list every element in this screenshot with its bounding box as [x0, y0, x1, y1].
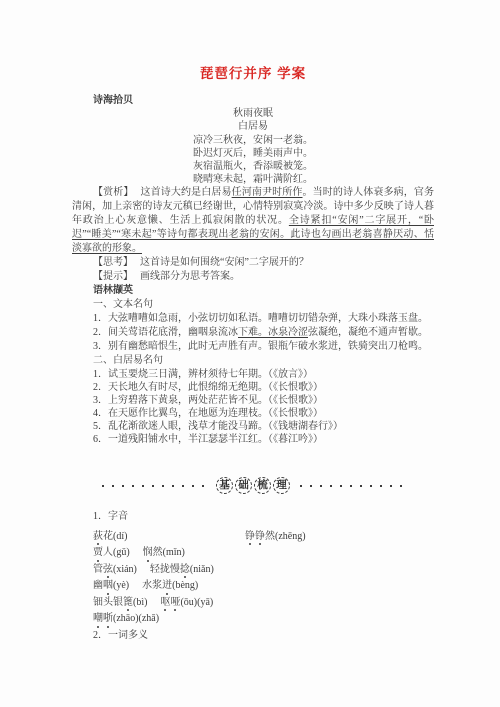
quote-item: 3．上穷碧落下黄泉，两处茫茫皆不见。（《长恨歌》） [93, 394, 434, 407]
pinyin-row: 荻花(dí)铮铮然(zhēng) [93, 530, 434, 543]
subheading-duoyi: 2．一词多义 [93, 629, 434, 643]
poem-line: 晓晴寒未起，霜叶满阶红。 [72, 173, 434, 186]
quote-item: 1．大弦嘈嘈如急雨，小弦切切如私语。嘈嘈切切错杂弹，大珠小珠落玉盘。 [93, 312, 434, 326]
quote-item: 6．一道残阳铺水中，半江瑟瑟半江红。（《暮江吟》） [93, 433, 434, 446]
pinyin-entry: 荻花(dí) [93, 530, 245, 543]
banner-char: 础 [235, 477, 252, 494]
jichu-shuli-banner: 基 础 梳 理 [72, 476, 434, 496]
pinyin-entry: 悯然(mǐn) [143, 546, 185, 559]
banner-char: 理 [273, 477, 290, 494]
quote-item: 1．试玉要烧三日满，辨材须待七年期。（《放言》） [93, 368, 434, 381]
poem-line: 凉冷三秋夜，安闲一老翁。 [72, 134, 434, 147]
section-heading-yulin: 语林撷英 [93, 284, 434, 297]
hint-label: 【提示】 [93, 271, 133, 282]
think-question: 【思考】这首诗是如何围绕“安闲”二字展开的？ [72, 256, 434, 270]
think-text: 这首诗是如何围绕“安闲”二字展开的？ [140, 257, 309, 268]
pinyin-entry: 管弦(xián) [93, 563, 137, 576]
pinyin-entry: 嘲哳(zhāo)(zhā) [93, 612, 159, 625]
pinyin-entry: 钿头银篦(bì) [93, 596, 147, 609]
section-heading-shihai: 诗海拾贝 [93, 94, 434, 107]
quote-item: 3．别有幽愁暗恨生，此时无声胜有声。银瓶乍破水浆迸，铁骑突出刀枪鸣。 [93, 340, 434, 354]
poem-line: 灰宿温瓶火，香添暖被笼。 [72, 160, 434, 173]
pinyin-entry: 呕哑(ōu)(yā) [160, 596, 213, 609]
document-page: 琵琶行并序 学案 诗海拾贝 秋雨夜眠 白居易 凉冷三秋夜，安闲一老翁。 卧迟灯灭… [0, 0, 500, 643]
pinyin-row: 钿头银篦(bì)呕哑(ōu)(yā) [93, 596, 434, 609]
poem-title: 秋雨夜眠 [72, 107, 434, 120]
banner-char: 基 [216, 477, 233, 494]
pinyin-row: 管弦(xián)轻拢慢捻(niǎn) [93, 563, 434, 576]
pinyin-row: 嘲哳(zhāo)(zhā) [93, 612, 434, 625]
quote-item: 2．天长地久有时尽，此恨绵绵无绝期。（《长恨歌》） [93, 381, 434, 394]
appreciation-paragraph: 【赏析】这首诗大约是白居易任河南尹时所作。当时的诗人体衰多病，官务清闲，加上亲密… [72, 186, 434, 256]
think-label: 【思考】 [93, 257, 133, 268]
pinyin-glossary: 荻花(dí)铮铮然(zhēng) 贾人(gǔ)悯然(mǐn) 管弦(xián)轻… [72, 530, 434, 626]
quote-item: 4．在天愿作比翼鸟，在地愿为连理枝。（《长恨歌》） [93, 407, 434, 420]
subheading-baijuyi-quotes: 二、白居易名句 [93, 354, 434, 368]
pinyin-row: 贾人(gǔ)悯然(mǐn) [93, 546, 434, 559]
pinyin-entry: 贾人(gǔ) [93, 546, 130, 559]
banner-char: 梳 [254, 477, 271, 494]
appreciation-label: 【赏析】 [93, 187, 134, 198]
quote-item: 2．间关莺语花底滑，幽咽泉流冰下难。冰泉冷涩弦凝绝，凝绝不通声暂歇。 [93, 326, 434, 340]
banner-dotted-line [300, 485, 404, 487]
poem-block: 秋雨夜眠 白居易 凉冷三秋夜，安闲一老翁。 卧迟灯灭后，睡美雨声中。 灰宿温瓶火… [72, 107, 434, 186]
pinyin-entry: 幽咽(yè) [93, 579, 129, 592]
quote-item: 5．乱花渐欲迷人眼，浅草才能没马蹄。（《钱塘湖春行》） [93, 420, 434, 433]
hint-text: 画线部分为思考答案。 [140, 271, 240, 282]
pinyin-entry: 水浆迸(bèng) [142, 579, 198, 592]
hint-line: 【提示】画线部分为思考答案。 [72, 270, 434, 284]
subheading-text-quotes: 一、文本名句 [93, 298, 434, 312]
poem-author: 白居易 [72, 120, 434, 133]
poem-line: 卧迟灯灭后，睡美雨声中。 [72, 147, 434, 160]
subheading-ziyin: 1．字音 [93, 510, 434, 524]
pinyin-row: 幽咽(yè)水浆迸(bèng) [93, 579, 434, 592]
pinyin-entry: 轻拢慢捻(niǎn) [150, 563, 214, 576]
banner-dotted-line [102, 485, 206, 487]
page-title: 琵琶行并序 学案 [72, 66, 434, 81]
pinyin-entry: 铮铮然(zhēng) [245, 530, 306, 543]
